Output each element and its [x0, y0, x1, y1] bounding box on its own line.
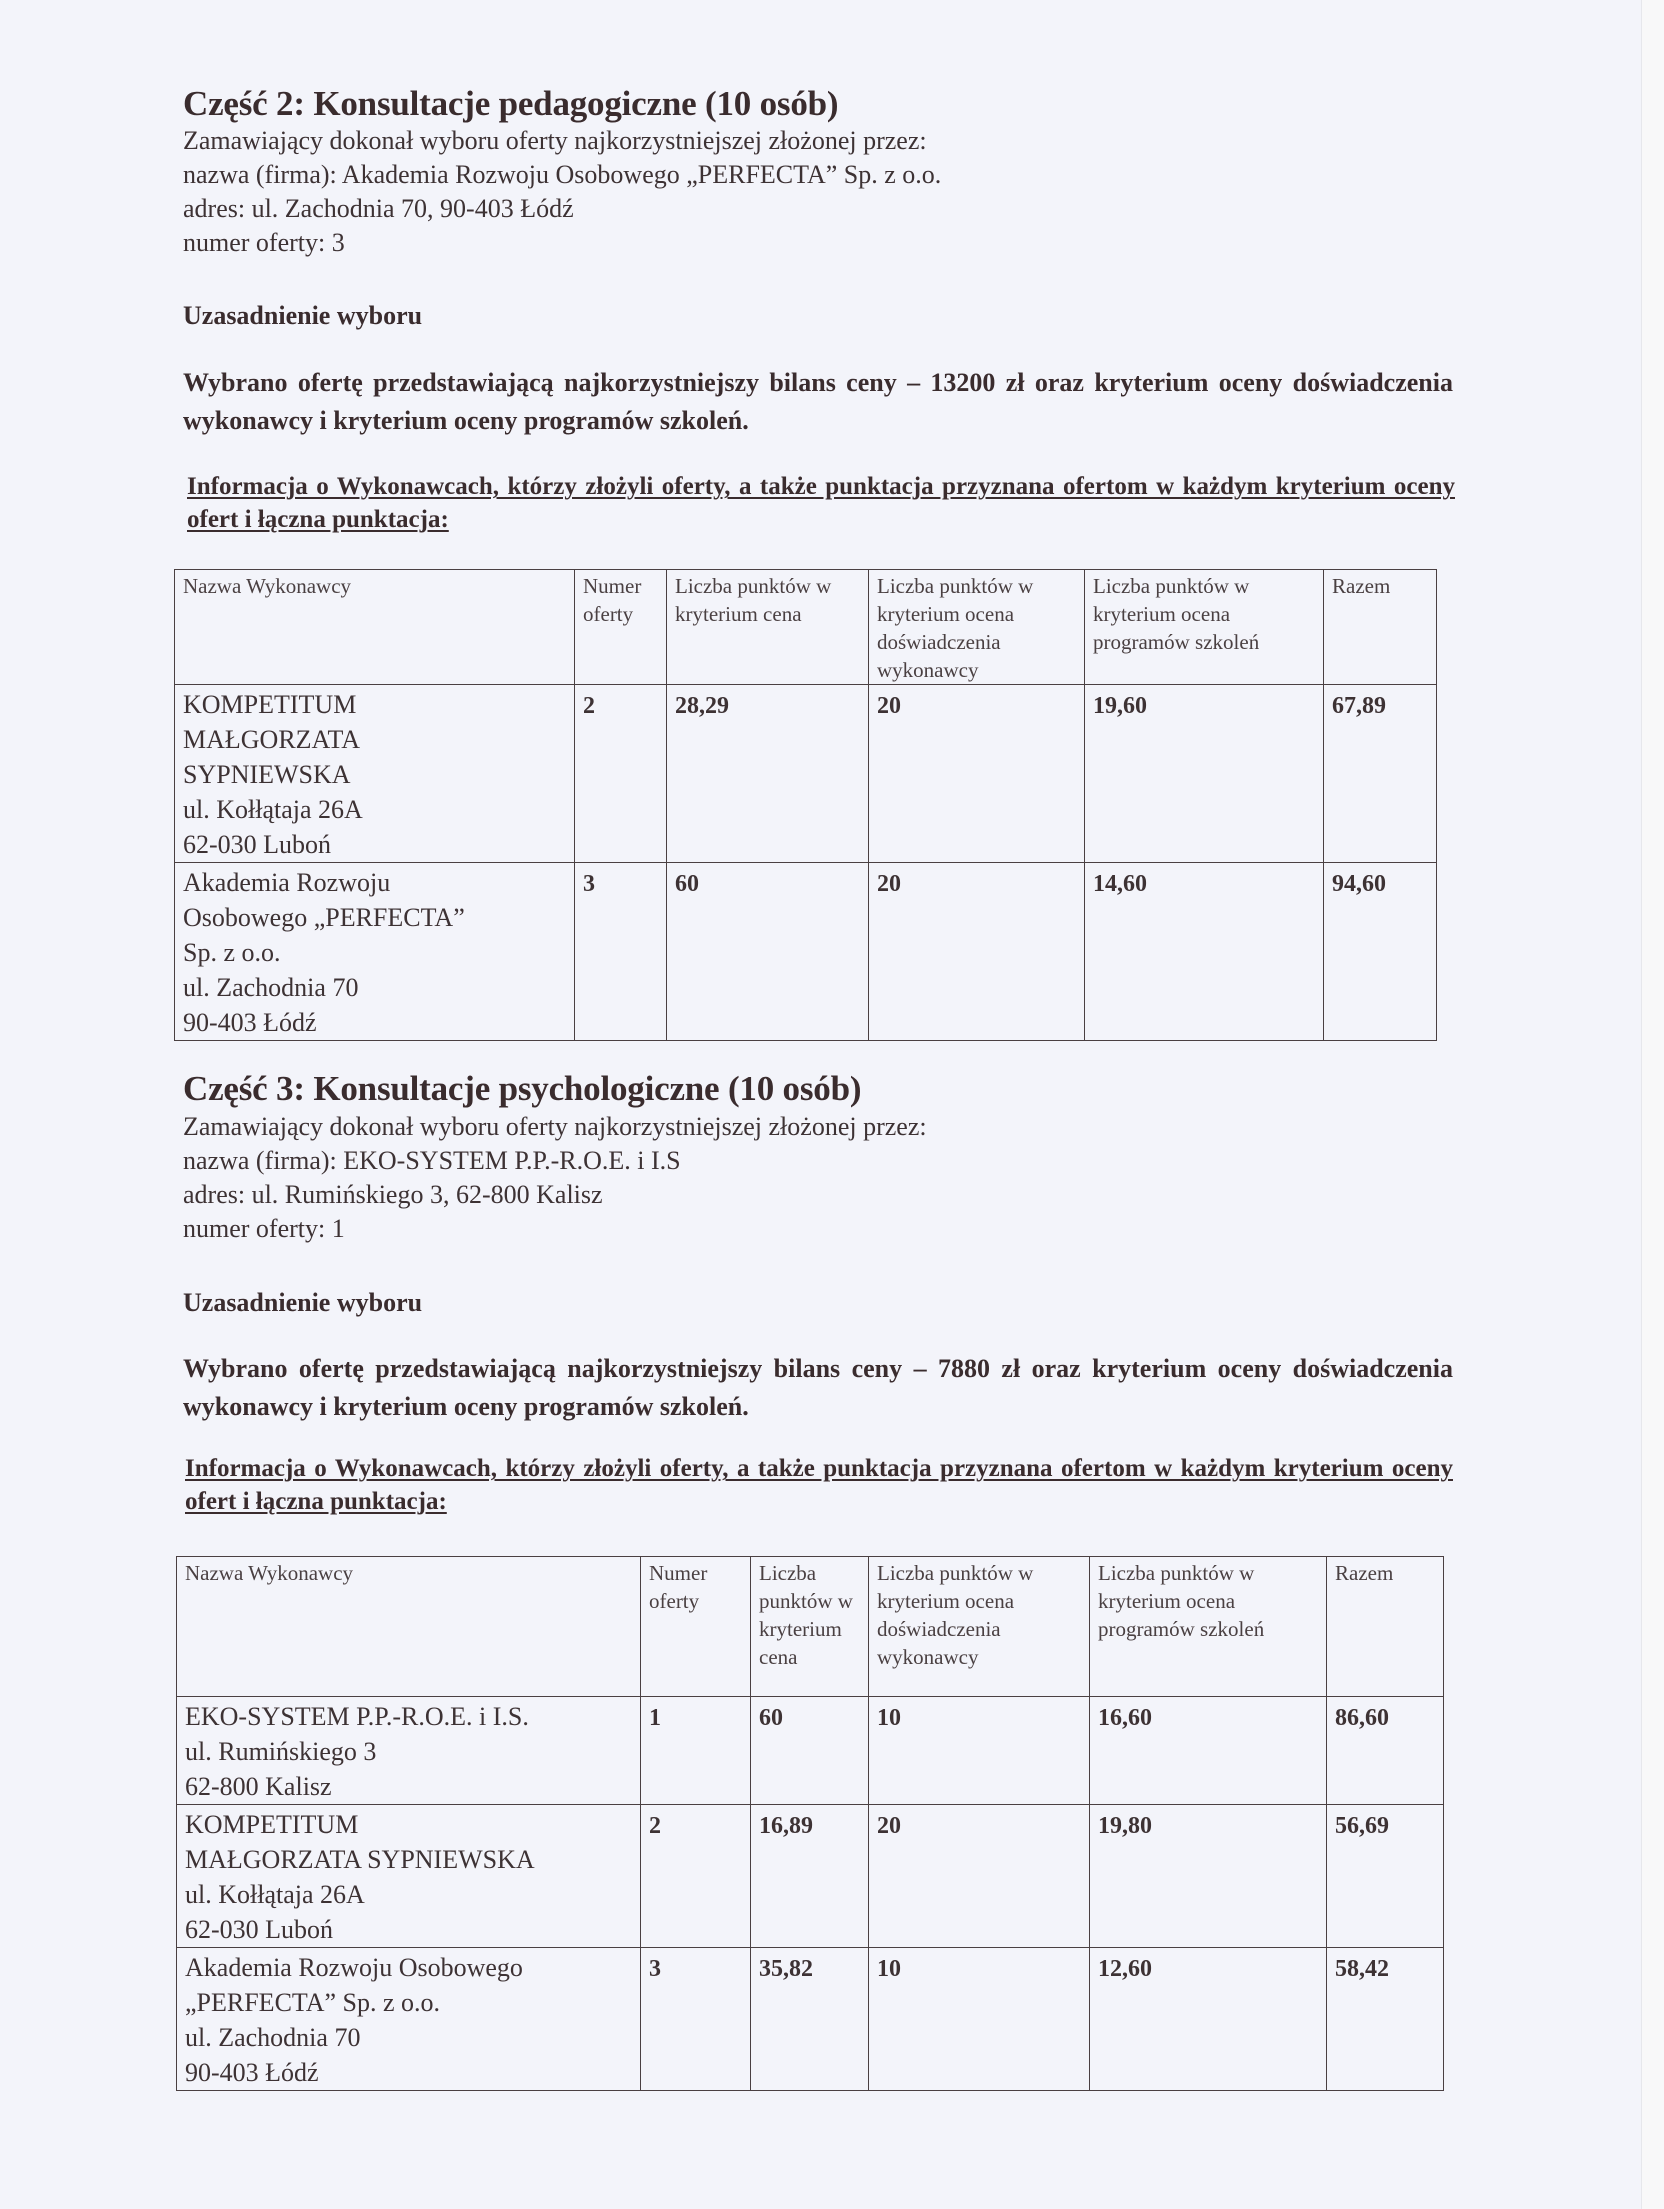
offer-number-cell: 2	[575, 685, 667, 863]
price-points-cell: 60	[667, 863, 869, 1041]
part-3-company-name: nazwa (firma): EKO-SYSTEM P.P.-R.O.E. i …	[183, 1144, 681, 1178]
contractor-name-line: 62-030 Luboń	[183, 827, 566, 862]
contractor-name-line: ul. Kołłątaja 26A	[185, 1877, 632, 1912]
contractor-name-line: 62-030 Luboń	[185, 1912, 632, 1947]
part-2-info-heading: Informacja o Wykonawcach, którzy złożyli…	[187, 470, 1455, 536]
contractor-name-line: SYPNIEWSKA	[183, 757, 566, 792]
total-points-cell: 56,69	[1327, 1805, 1444, 1948]
contractor-name-line: 62-800 Kalisz	[185, 1769, 632, 1804]
price-points-cell: 60	[751, 1697, 869, 1805]
header-total: Razem	[1324, 570, 1437, 685]
table-row: Akademia Rozwoju Osobowego„PERFECTA” Sp.…	[177, 1948, 1444, 2091]
contractor-cell: KOMPETITUMMAŁGORZATA SYPNIEWSKAul. Kołłą…	[177, 1805, 641, 1948]
table-row: EKO-SYSTEM P.P.-R.O.E. i I.S.ul. Rumińsk…	[177, 1697, 1444, 1805]
contractor-name-line: ul. Zachodnia 70	[185, 2020, 632, 2055]
table-row: KOMPETITUMMAŁGORZATASYPNIEWSKAul. Kołłąt…	[175, 685, 1437, 863]
table-header-row: Nazwa Wykonawcy Numer oferty Liczba punk…	[175, 570, 1437, 685]
offer-number-cell: 1	[641, 1697, 751, 1805]
contractor-name-line: ul. Zachodnia 70	[183, 970, 566, 1005]
offer-number-cell: 3	[641, 1948, 751, 2091]
price-points-cell: 16,89	[751, 1805, 869, 1948]
part-2-intro: Zamawiający dokonał wyboru oferty najkor…	[183, 124, 927, 158]
total-points-cell: 67,89	[1324, 685, 1437, 863]
part-2-title: Część 2: Konsultacje pedagogiczne (10 os…	[183, 84, 838, 124]
table-row: KOMPETITUMMAŁGORZATA SYPNIEWSKAul. Kołłą…	[177, 1805, 1444, 1948]
experience-points-cell: 10	[869, 1697, 1090, 1805]
part-3-justification-heading: Uzasadnienie wyboru	[183, 1287, 422, 1319]
contractor-name-line: 90-403 Łódź	[183, 1005, 566, 1040]
experience-points-cell: 20	[869, 863, 1085, 1041]
part-2-score-table: Nazwa Wykonawcy Numer oferty Liczba punk…	[174, 569, 1437, 1041]
program-points-cell: 19,80	[1090, 1805, 1327, 1948]
contractor-name-line: ul. Kołłątaja 26A	[183, 792, 566, 827]
part-3-intro: Zamawiający dokonał wyboru oferty najkor…	[183, 1110, 927, 1144]
program-points-cell: 14,60	[1085, 863, 1324, 1041]
part-2-offer-number: numer oferty: 3	[183, 226, 345, 260]
contractor-name-line: KOMPETITUM	[185, 1807, 632, 1842]
experience-points-cell: 20	[869, 685, 1085, 863]
table-row: Akademia RozwojuOsobowego „PERFECTA”Sp. …	[175, 863, 1437, 1041]
total-points-cell: 86,60	[1327, 1697, 1444, 1805]
header-offer-number: Numer oferty	[575, 570, 667, 685]
part-3-title: Część 3: Konsultacje psychologiczne (10 …	[183, 1069, 861, 1109]
program-points-cell: 19,60	[1085, 685, 1324, 863]
price-points-cell: 28,29	[667, 685, 869, 863]
contractor-name-line: 90-403 Łódź	[185, 2055, 632, 2090]
experience-points-cell: 20	[869, 1805, 1090, 1948]
header-program-points: Liczba punktów w kryterium ocena program…	[1090, 1557, 1327, 1697]
part-3-justification-text: Wybrano ofertę przedstawiającą najkorzys…	[183, 1350, 1453, 1426]
program-points-cell: 12,60	[1090, 1948, 1327, 2091]
part-2-justification-heading: Uzasadnienie wyboru	[183, 300, 422, 332]
header-price-points: Liczba punktów w kryterium cena	[751, 1557, 869, 1697]
header-experience-points: Liczba punktów w kryterium ocena doświad…	[869, 1557, 1090, 1697]
contractor-name-line: Akademia Rozwoju Osobowego	[185, 1950, 632, 1985]
contractor-name-line: EKO-SYSTEM P.P.-R.O.E. i I.S.	[185, 1699, 632, 1734]
header-contractor-name: Nazwa Wykonawcy	[175, 570, 575, 685]
contractor-name-line: Sp. z o.o.	[183, 935, 566, 970]
header-total: Razem	[1327, 1557, 1444, 1697]
offer-number-cell: 2	[641, 1805, 751, 1948]
header-program-points: Liczba punktów w kryterium ocena program…	[1085, 570, 1324, 685]
experience-points-cell: 10	[869, 1948, 1090, 2091]
contractor-name-line: „PERFECTA” Sp. z o.o.	[185, 1985, 632, 2020]
part-3-score-table: Nazwa Wykonawcy Numer oferty Liczba punk…	[176, 1556, 1444, 2091]
header-offer-number: Numer oferty	[641, 1557, 751, 1697]
total-points-cell: 94,60	[1324, 863, 1437, 1041]
contractor-cell: Akademia Rozwoju Osobowego„PERFECTA” Sp.…	[177, 1948, 641, 2091]
contractor-name-line: Osobowego „PERFECTA”	[183, 900, 566, 935]
price-points-cell: 35,82	[751, 1948, 869, 2091]
offer-number-cell: 3	[575, 863, 667, 1041]
contractor-cell: Akademia RozwojuOsobowego „PERFECTA”Sp. …	[175, 863, 575, 1041]
contractor-cell: EKO-SYSTEM P.P.-R.O.E. i I.S.ul. Rumińsk…	[177, 1697, 641, 1805]
header-experience-points: Liczba punktów w kryterium ocena doświad…	[869, 570, 1085, 685]
part-3-info-heading: Informacja o Wykonawcach, którzy złożyli…	[185, 1452, 1453, 1518]
part-2-company-name: nazwa (firma): Akademia Rozwoju Osoboweg…	[183, 158, 941, 192]
part-3-address: adres: ul. Rumińskiego 3, 62-800 Kalisz	[183, 1178, 603, 1212]
part-2-address: adres: ul. Zachodnia 70, 90-403 Łódź	[183, 192, 574, 226]
header-price-points: Liczba punktów w kryterium cena	[667, 570, 869, 685]
contractor-name-line: KOMPETITUM	[183, 687, 566, 722]
table-header-row: Nazwa Wykonawcy Numer oferty Liczba punk…	[177, 1557, 1444, 1697]
program-points-cell: 16,60	[1090, 1697, 1327, 1805]
contractor-name-line: ul. Rumińskiego 3	[185, 1734, 632, 1769]
total-points-cell: 58,42	[1327, 1948, 1444, 2091]
part-2-justification-text: Wybrano ofertę przedstawiającą najkorzys…	[183, 364, 1453, 440]
contractor-name-line: MAŁGORZATA SYPNIEWSKA	[185, 1842, 632, 1877]
contractor-cell: KOMPETITUMMAŁGORZATASYPNIEWSKAul. Kołłąt…	[175, 685, 575, 863]
contractor-name-line: MAŁGORZATA	[183, 722, 566, 757]
header-contractor-name: Nazwa Wykonawcy	[177, 1557, 641, 1697]
page-edge	[1641, 0, 1664, 2209]
contractor-name-line: Akademia Rozwoju	[183, 865, 566, 900]
part-3-offer-number: numer oferty: 1	[183, 1212, 345, 1246]
